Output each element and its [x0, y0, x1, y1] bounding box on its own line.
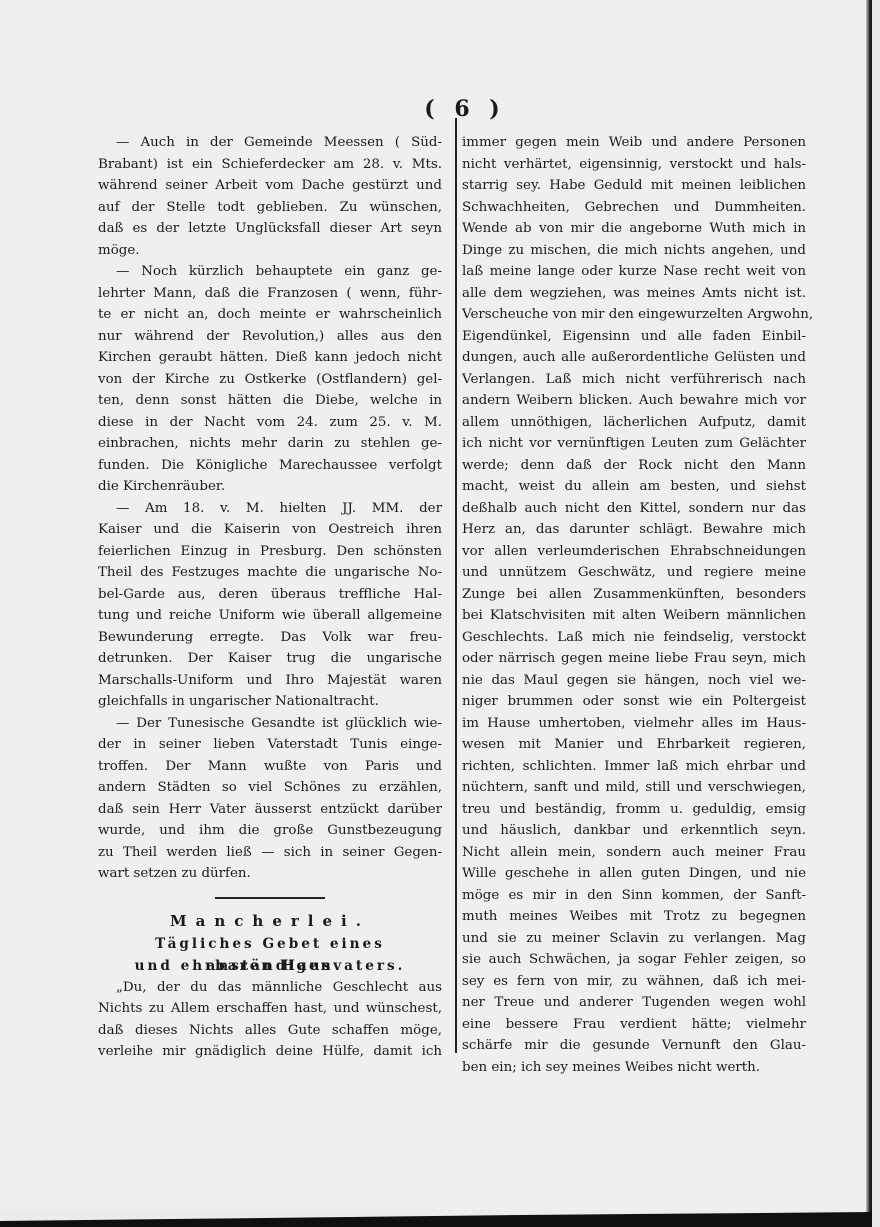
text-line: Kirchen geraubt hätten. Dieß kann jedoch…: [98, 347, 442, 369]
page-bottom-shadow: [0, 1212, 872, 1227]
paragraph-ostkerke: — Noch kürzlich behauptete ein ganz ge- …: [98, 261, 442, 498]
text-line: während seiner Arbeit vom Dache gestürzt…: [98, 175, 442, 197]
text-line: Brabant) ist ein Schieferdecker am 28. v…: [98, 154, 442, 176]
text-line: im Hause umhertoben, vielmehr alles im H…: [462, 713, 806, 735]
text-line: oder närrisch gegen meine liebe Frau sey…: [462, 648, 806, 670]
text-line: andern Weibern blicken. Auch bewahre mic…: [462, 390, 806, 412]
text-line: werde; denn daß der Rock nicht den Mann: [462, 455, 806, 477]
text-line: eine bessere Frau verdient hätte; vielme…: [462, 1014, 806, 1036]
text-line: und unnützem Geschwätz, und regiere mein…: [462, 562, 806, 584]
text-line: möge.: [98, 240, 442, 262]
text-line: und sie zu meiner Sclavin zu verlangen. …: [462, 928, 806, 950]
section-heading: Mancherlei.: [98, 909, 442, 933]
text-line: ich nicht vor vernünftigen Leuten zum Ge…: [462, 433, 806, 455]
text-line: — Noch kürzlich behauptete ein ganz ge-: [98, 261, 442, 283]
text-line: die Kirchenräuber.: [98, 476, 442, 498]
left-column: — Auch in der Gemeinde Meessen ( Süd- Br…: [98, 132, 442, 1063]
page-number: ( 6 ): [420, 96, 510, 122]
text-line: Verscheuche von mir den eingewurzelten A…: [462, 304, 806, 326]
text-line: sie auch Schwächen, ja sogar Fehler zeig…: [462, 949, 806, 971]
paragraph-tunis: — Der Tunesische Gesandte ist glücklich …: [98, 713, 442, 885]
text-line: Verlangen. Laß mich nicht verführerisch …: [462, 369, 806, 391]
paragraph-meessen: — Auch in der Gemeinde Meessen ( Süd- Br…: [98, 132, 442, 261]
text-line: Eigendünkel, Eigensinn und alle faden Ei…: [462, 326, 806, 348]
text-line: feierlichen Einzug in Presburg. Den schö…: [98, 541, 442, 563]
text-line: — Der Tunesische Gesandte ist glücklich …: [98, 713, 442, 735]
text-line: troffen. Der Mann wußte von Paris und: [98, 756, 442, 778]
column-divider: [455, 118, 457, 1053]
text-line: von der Kirche zu Ostkerke (Ostflandern)…: [98, 369, 442, 391]
text-line: Wende ab von mir die angeborne Wuth mich…: [462, 218, 806, 240]
text-line: starrig sey. Habe Geduld mit meinen leib…: [462, 175, 806, 197]
text-line: ten, denn sonst hätten die Diebe, welche…: [98, 390, 442, 412]
text-line: Dinge zu mischen, die mich nichts angehe…: [462, 240, 806, 262]
prayer-paragraph: „Du, der du das männliche Geschlecht aus…: [98, 977, 442, 1063]
text-line: dungen, auch alle außerordentliche Gelüs…: [462, 347, 806, 369]
text-line: macht, weist du allein am besten, und si…: [462, 476, 806, 498]
text-line: nur während der Revolution,) alles aus d…: [98, 326, 442, 348]
text-line: lehrter Mann, daß die Franzosen ( wenn, …: [98, 283, 442, 305]
text-line: muth meines Weibes mit Trotz zu begegnen: [462, 906, 806, 928]
text-line: richten, schlichten. Immer laß mich ehrb…: [462, 756, 806, 778]
text-line: nüchtern, sanft und mild, still und vers…: [462, 777, 806, 799]
text-line: treu und beständig, fromm u. geduldig, e…: [462, 799, 806, 821]
text-line: Nichts zu Allem erschaffen hast, und wün…: [98, 998, 442, 1020]
text-line: nie das Maul gegen sie hängen, noch viel…: [462, 670, 806, 692]
text-line: daß dieses Nichts alles Gute schaffen mö…: [98, 1020, 442, 1042]
text-line: immer gegen mein Weib und andere Persone…: [462, 132, 806, 154]
text-line: diese in der Nacht vom 24. zum 25. v. M.: [98, 412, 442, 434]
text-line: möge es mir in den Sinn kommen, der Sanf…: [462, 885, 806, 907]
text-line: schärfe mir die gesunde Vernunft den Gla…: [462, 1035, 806, 1057]
text-line: alle dem wegziehen, was meines Amts nich…: [462, 283, 806, 305]
text-line: verleihe mir gnädiglich deine Hülfe, dam…: [98, 1041, 442, 1063]
text-line: tung und reiche Uniform wie überall allg…: [98, 605, 442, 627]
text-line: nicht verhärtet, eigensinnig, verstockt …: [462, 154, 806, 176]
text-line: Geschlechts. Laß mich nie feindselig, ve…: [462, 627, 806, 649]
text-line: Theil des Festzuges machte die ungarisch…: [98, 562, 442, 584]
section-rule: [215, 897, 325, 899]
text-line: wurde, und ihm die große Gunstbezeugung: [98, 820, 442, 842]
text-line: deßhalb auch nicht den Kittel, sondern n…: [462, 498, 806, 520]
text-line: auf der Stelle todt geblieben. Zu wünsch…: [98, 197, 442, 219]
text-line: daß sein Herr Vater äusserst entzückt da…: [98, 799, 442, 821]
text-line: laß meine lange oder kurze Nase recht we…: [462, 261, 806, 283]
text-line: wesen mit Manier und Ehrbarkeit regieren…: [462, 734, 806, 756]
text-line: der in seiner lieben Vaterstadt Tunis ei…: [98, 734, 442, 756]
text-line: Bewunderung erregte. Das Volk war freu-: [98, 627, 442, 649]
text-line: funden. Die Königliche Marechaussee verf…: [98, 455, 442, 477]
text-line: te er nicht an, doch meinte er wahrschei…: [98, 304, 442, 326]
text-line: ben ein; ich sey meines Weibes nicht wer…: [462, 1057, 806, 1079]
text-line: Nicht allein mein, sondern auch meiner F…: [462, 842, 806, 864]
text-line: Herz an, das darunter schlägt. Bewahre m…: [462, 519, 806, 541]
text-line: Schwachheiten, Gebrechen und Dummheiten.: [462, 197, 806, 219]
text-line: bei Klatschvisiten mit alten Weibern män…: [462, 605, 806, 627]
text-line: sey es fern von mir, zu wähnen, daß ich …: [462, 971, 806, 993]
text-line: allem unnöthigen, lächerlichen Aufputz, …: [462, 412, 806, 434]
text-line: andern Städten so viel Schönes zu erzähl…: [98, 777, 442, 799]
text-line: — Am 18. v. M. hielten JJ. MM. der: [98, 498, 442, 520]
text-line: zu Theil werden ließ — sich in seiner Ge…: [98, 842, 442, 864]
right-column: immer gegen mein Weib und andere Persone…: [462, 132, 806, 1078]
text-line: niger brummen oder sonst wie ein Polterg…: [462, 691, 806, 713]
text-line: Wille geschehe in allen guten Dingen, un…: [462, 863, 806, 885]
page-edge: [872, 0, 880, 1227]
text-line: wart setzen zu dürfen.: [98, 863, 442, 885]
paragraph-presburg: — Am 18. v. M. hielten JJ. MM. der Kaise…: [98, 498, 442, 713]
text-line: Zunge bei allen Zusammenkünften, besonde…: [462, 584, 806, 606]
article-title: Tägliches Gebet eines anständigen: [98, 933, 442, 955]
text-line: „Du, der du das männliche Geschlecht aus: [98, 977, 442, 999]
text-line: — Auch in der Gemeinde Meessen ( Süd-: [98, 132, 442, 154]
text-line: Marschalls-Uniform und Ihro Majestät war…: [98, 670, 442, 692]
text-line: bel-Garde aus, deren überaus treffliche …: [98, 584, 442, 606]
text-line: ner Treue und anderer Tugenden wegen woh…: [462, 992, 806, 1014]
text-line: einbrachen, nichts mehr darin zu stehlen…: [98, 433, 442, 455]
text-line: daß es der letzte Unglücksfall dieser Ar…: [98, 218, 442, 240]
text-line: gleichfalls in ungarischer Nationaltrach…: [98, 691, 442, 713]
text-line: vor allen verleumderischen Ehrabschneidu…: [462, 541, 806, 563]
article-title: und ehrbaren Hausvaters.: [98, 955, 442, 977]
text-line: und häuslich, dankbar und erkenntlich se…: [462, 820, 806, 842]
text-line: Kaiser und die Kaiserin von Oestreich ih…: [98, 519, 442, 541]
text-line: detrunken. Der Kaiser trug die ungarisch…: [98, 648, 442, 670]
